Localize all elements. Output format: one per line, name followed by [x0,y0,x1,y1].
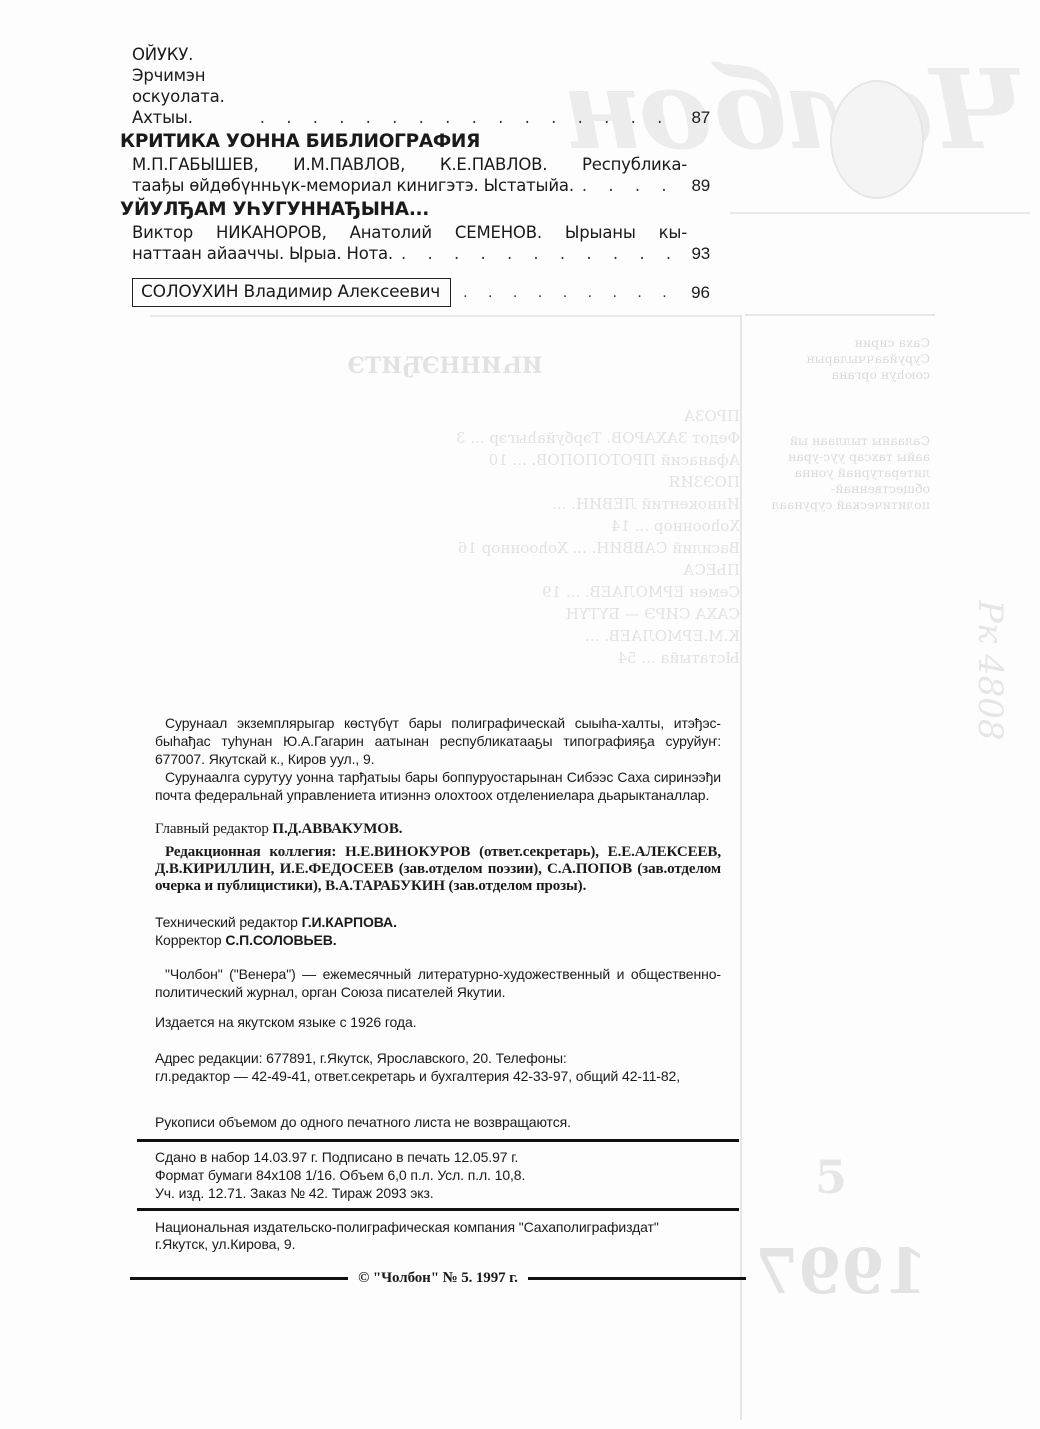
toc-entry-title-line1: М.П.ГАБЫШЕВ, И.М.ПАВЛОВ, К.Е.ПАВЛОВ. Рес… [132,154,687,175]
bleed-side-text-1: Саха сирин Суруйааччыларын союһун органа [760,335,930,383]
bleed-toc-line: Хоһооннор ... 14 [150,515,740,537]
toc-entry-title-line2: таађы өйдөбүнньүк-мемориал кинигэтэ. Ыст… [132,175,574,196]
bleed-toc-line: ПРОЗА [150,405,740,427]
bleed-toc-line: Иннокентий ЛЕВИН. ... [150,493,740,515]
manuscripts-note: Рукописи объемом до одного печатного лис… [155,1113,721,1131]
chief-editor: Главный редактор П.Д.АВВАКУМОВ. [155,820,721,838]
bleed-toc-line: ПОЭЗИЯ [150,471,740,493]
bleed-through-rule [150,315,740,317]
bleed-through-side-text: Саха сирин Суруйааччыларын союһун органа… [760,335,930,563]
print-data-line: Уч. изд. 12.71. Заказ № 42. Тираж 2093 э… [155,1184,721,1202]
bleed-toc-line: К.М.ЕРМОЛАЕВ. ... [150,625,740,647]
dot-leader: . . . . . . . . . . . . . . . . . . . . … [401,243,676,264]
publisher-address: г.Якутск, ул.Кирова, 9. [155,1236,721,1253]
bleed-toc-line: ПЬЕСА [150,559,740,581]
bleed-toc-line: Федот ЗАХАРОВ. Тэрбуйаһыгэр ... 3 [150,427,740,449]
chief-editor-name: П.Д.АВВАКУМОВ. [272,821,402,837]
corrector: Корректор С.П.СОЛОВЬЕВ. [155,931,721,949]
subscription-note: Сурунаалга сурутуу уонна тарђатыы бары б… [155,768,721,804]
bleed-toc-title: ИҺИННЭЂИТЭ [150,355,740,377]
tech-editor-name: Г.И.КАРПОВА. [302,914,397,930]
handwritten-note: Рк 4808 [970,600,1010,741]
copyright-notice: © "Чолбон" № 5. 1997 г. [348,1269,528,1287]
bleed-through-rule [730,212,1030,214]
divider-rule [130,1277,348,1280]
toc-entry-title-line2: наттаан айааччы. Ырыа. Нота. [132,243,393,264]
tech-editor-label: Технический редактор [155,914,298,930]
technical-editor: Технический редактор Г.И.КАРПОВА. [155,913,721,931]
bleed-toc-lines: ПРОЗАФедот ЗАХАРОВ. Тэрбуйаһыгэр ... 3Аф… [150,405,740,669]
bleed-through-issue-number: 5 [815,1150,847,1204]
editorial-address: Адрес редакции: 677891, г.Якутск, Яросла… [155,1049,721,1067]
bleed-toc-line: Семен ЕРМОЛАЕВ. ... 19 [150,581,740,603]
bleed-through-emblem-icon [830,80,924,199]
bleed-side-text-2: Салааны тыллаан ый аайы тахсар уус-уран … [760,433,930,513]
table-of-contents: ОЙУКУ. Эрчимэн оскуолата. Ахтыы. . . . .… [120,44,710,307]
toc-entry: М.П.ГАБЫШЕВ, И.М.ПАВЛОВ, К.Е.ПАВЛОВ. Рес… [120,154,710,196]
toc-section-heading: КРИТИКА УОННА БИБЛИОГРАФИЯ [120,130,710,154]
print-errors-note: Сурунаал экземплярыгар көстүбүт бары пол… [155,714,721,768]
dot-leader: . . . . . . . . . . . . . . . . . . . . … [582,175,676,196]
corrector-label: Корректор [155,932,222,948]
toc-page-number: 87 [691,107,710,128]
editorial-board: Редакционная коллегия: Н.Е.ВИНОКУРОВ (от… [155,844,721,895]
dot-leader: . . . . . . . . . . . . . . . . . . . . … [260,107,684,128]
divider-rule [528,1277,746,1280]
toc-entry-title-line1: Виктор НИКАНОРОВ, Анатолий СЕМЕНОВ. Ырыа… [132,222,687,243]
toc-page-number: 96 [684,283,710,303]
divider-rule [137,1139,739,1142]
bleed-toc-line: Василий САВВИН. ... Хоһооннор 16 [150,537,740,559]
print-data-line: Формат бумаги 84х108 1/16. Объем 6,0 п.л… [155,1166,721,1184]
copyright-row: © "Чолбон" № 5. 1997 г. [130,1269,746,1287]
bleed-through-year: 1997 [755,1235,928,1308]
toc-entry-title: ОЙУКУ. Эрчимэн оскуолата. Ахтыы. [132,44,252,128]
bleed-toc-line: Ыстатыйа ... 54 [150,647,740,669]
bleed-through-rule [745,314,935,316]
publisher-name: Национальная издательско-полиграфическая… [155,1219,721,1236]
journal-description: "Чолбон" ("Венера") — ежемесячный литера… [155,965,721,1001]
editorial-phones: гл.редактор — 42-49-41, ответ.секретарь … [155,1067,721,1085]
dot-leader: . . . . . . . . . . . . . . . . . . . . … [463,284,676,302]
corrector-name: С.П.СОЛОВЬЕВ. [225,932,336,948]
divider-rule [137,1208,739,1211]
toc-entry: ОЙУКУ. Эрчимэн оскуолата. Ахтыы. . . . .… [120,44,710,128]
toc-boxed-author: СОЛОУХИН Владимир Алексеевич [132,278,451,307]
toc-section-heading: УЙУЛЂАМ УҺУГУННАЂЫНА... [120,198,710,222]
toc-page-number: 89 [684,175,710,196]
print-data-line: Сдано в набор 14.03.97 г. Подписано в пе… [155,1148,721,1166]
published-since: Издается на якутском языке с 1926 года. [155,1013,721,1031]
bleed-toc-line: САХА СИРЭ — БҮТҮН [150,603,740,625]
bleed-through-toc: ИҺИННЭЂИТЭ ПРОЗАФедот ЗАХАРОВ. Тэрбуйаһы… [150,355,740,669]
bleed-toc-line: Афанасий ПРОТОПОПОВ. ... 10 [150,449,740,471]
bleed-through-divider [740,315,742,1420]
toc-page-number: 93 [684,243,710,264]
toc-entry-boxed: СОЛОУХИН Владимир Алексеевич . . . . . .… [120,278,710,307]
toc-entry: Виктор НИКАНОРОВ, Анатолий СЕМЕНОВ. Ырыа… [120,222,710,264]
imprint: Сурунаал экземплярыгар көстүбүт бары пол… [155,714,721,1287]
chief-editor-label: Главный редактор [155,821,269,837]
